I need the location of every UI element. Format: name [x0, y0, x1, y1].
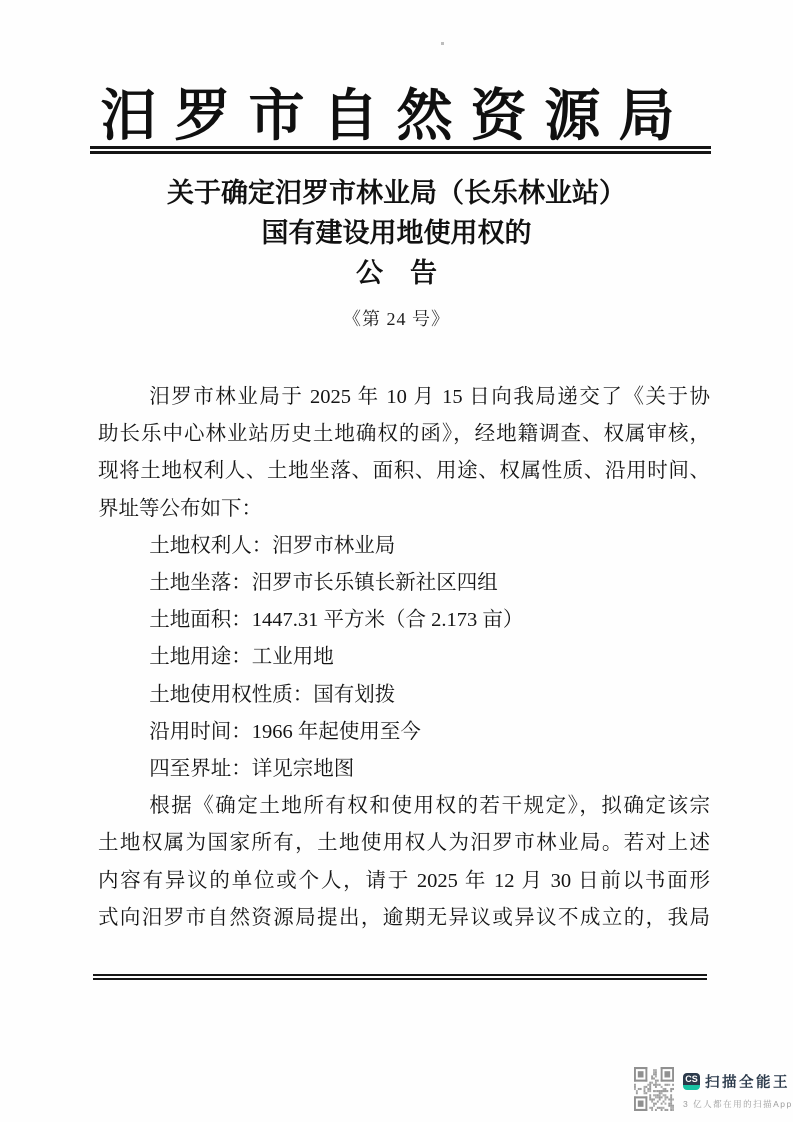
camscanner-info: CS 扫描全能王 3 亿人都在用的扫描App	[683, 1067, 793, 1110]
body-line: 土地坐落：汨罗市长乐镇长新社区四组	[98, 565, 710, 602]
footer-rule	[93, 974, 707, 980]
body-line: 式向汨罗市自然资源局提出，逾期无异议或异议不成立的，我局	[98, 900, 710, 937]
doc-title-line-2: 国有建设用地使用权的	[0, 213, 793, 253]
doc-title-line-1: 关于确定汨罗市林业局（长乐林业站）	[0, 173, 793, 213]
body-text: 汨罗市林业局于 2025 年 10 月 15 日向我局递交了《关于协 助长乐中心…	[98, 379, 710, 937]
body-line: 土地权利人：汨罗市林业局	[98, 528, 710, 565]
scan-speck	[441, 42, 444, 45]
camscanner-app-name: 扫描全能王	[705, 1071, 790, 1092]
body-line: 助长乐中心林业站历史土地确权的函》，经地籍调查、权属审核，	[98, 416, 710, 453]
body-line: 内容有异议的单位或个人，请于 2025 年 12 月 30 日前以书面形	[98, 863, 710, 900]
doc-title: 关于确定汨罗市林业局（长乐林业站） 国有建设用地使用权的 公 告	[0, 173, 793, 293]
camscanner-watermark: CS 扫描全能王 3 亿人都在用的扫描App	[634, 1067, 793, 1111]
header-rule	[90, 146, 711, 154]
body-line: 土地权属为国家所有，土地使用权人为汨罗市林业局。若对上述	[98, 825, 710, 862]
body-line: 根据《确定土地所有权和使用权的若干规定》，拟确定该宗	[98, 788, 710, 825]
body-line: 四至界址：详见宗地图	[98, 751, 710, 788]
doc-number: 《第 24 号》	[0, 305, 793, 331]
body-line: 土地用途：工业用地	[98, 639, 710, 676]
body-line: 土地使用权性质：国有划拨	[98, 677, 710, 714]
body-line: 界址等公布如下：	[98, 491, 710, 528]
body-line: 现将土地权利人、土地坐落、面积、用途、权属性质、沿用时间、	[98, 453, 710, 490]
doc-title-line-3: 公 告	[0, 253, 793, 293]
camscanner-logo-icon: CS	[683, 1073, 700, 1090]
qr-code-icon	[634, 1067, 674, 1111]
body-line: 汨罗市林业局于 2025 年 10 月 15 日向我局递交了《关于协	[98, 379, 710, 416]
document-page: 汨罗市自然资源局 关于确定汨罗市林业局（长乐林业站） 国有建设用地使用权的 公 …	[0, 0, 793, 1122]
body-line: 土地面积：1447.31 平方米（合 2.173 亩）	[98, 602, 710, 639]
agency-name: 汨罗市自然资源局	[0, 72, 793, 152]
body-line: 沿用时间：1966 年起使用至今	[98, 714, 710, 751]
camscanner-tagline: 3 亿人都在用的扫描App	[683, 1098, 793, 1110]
